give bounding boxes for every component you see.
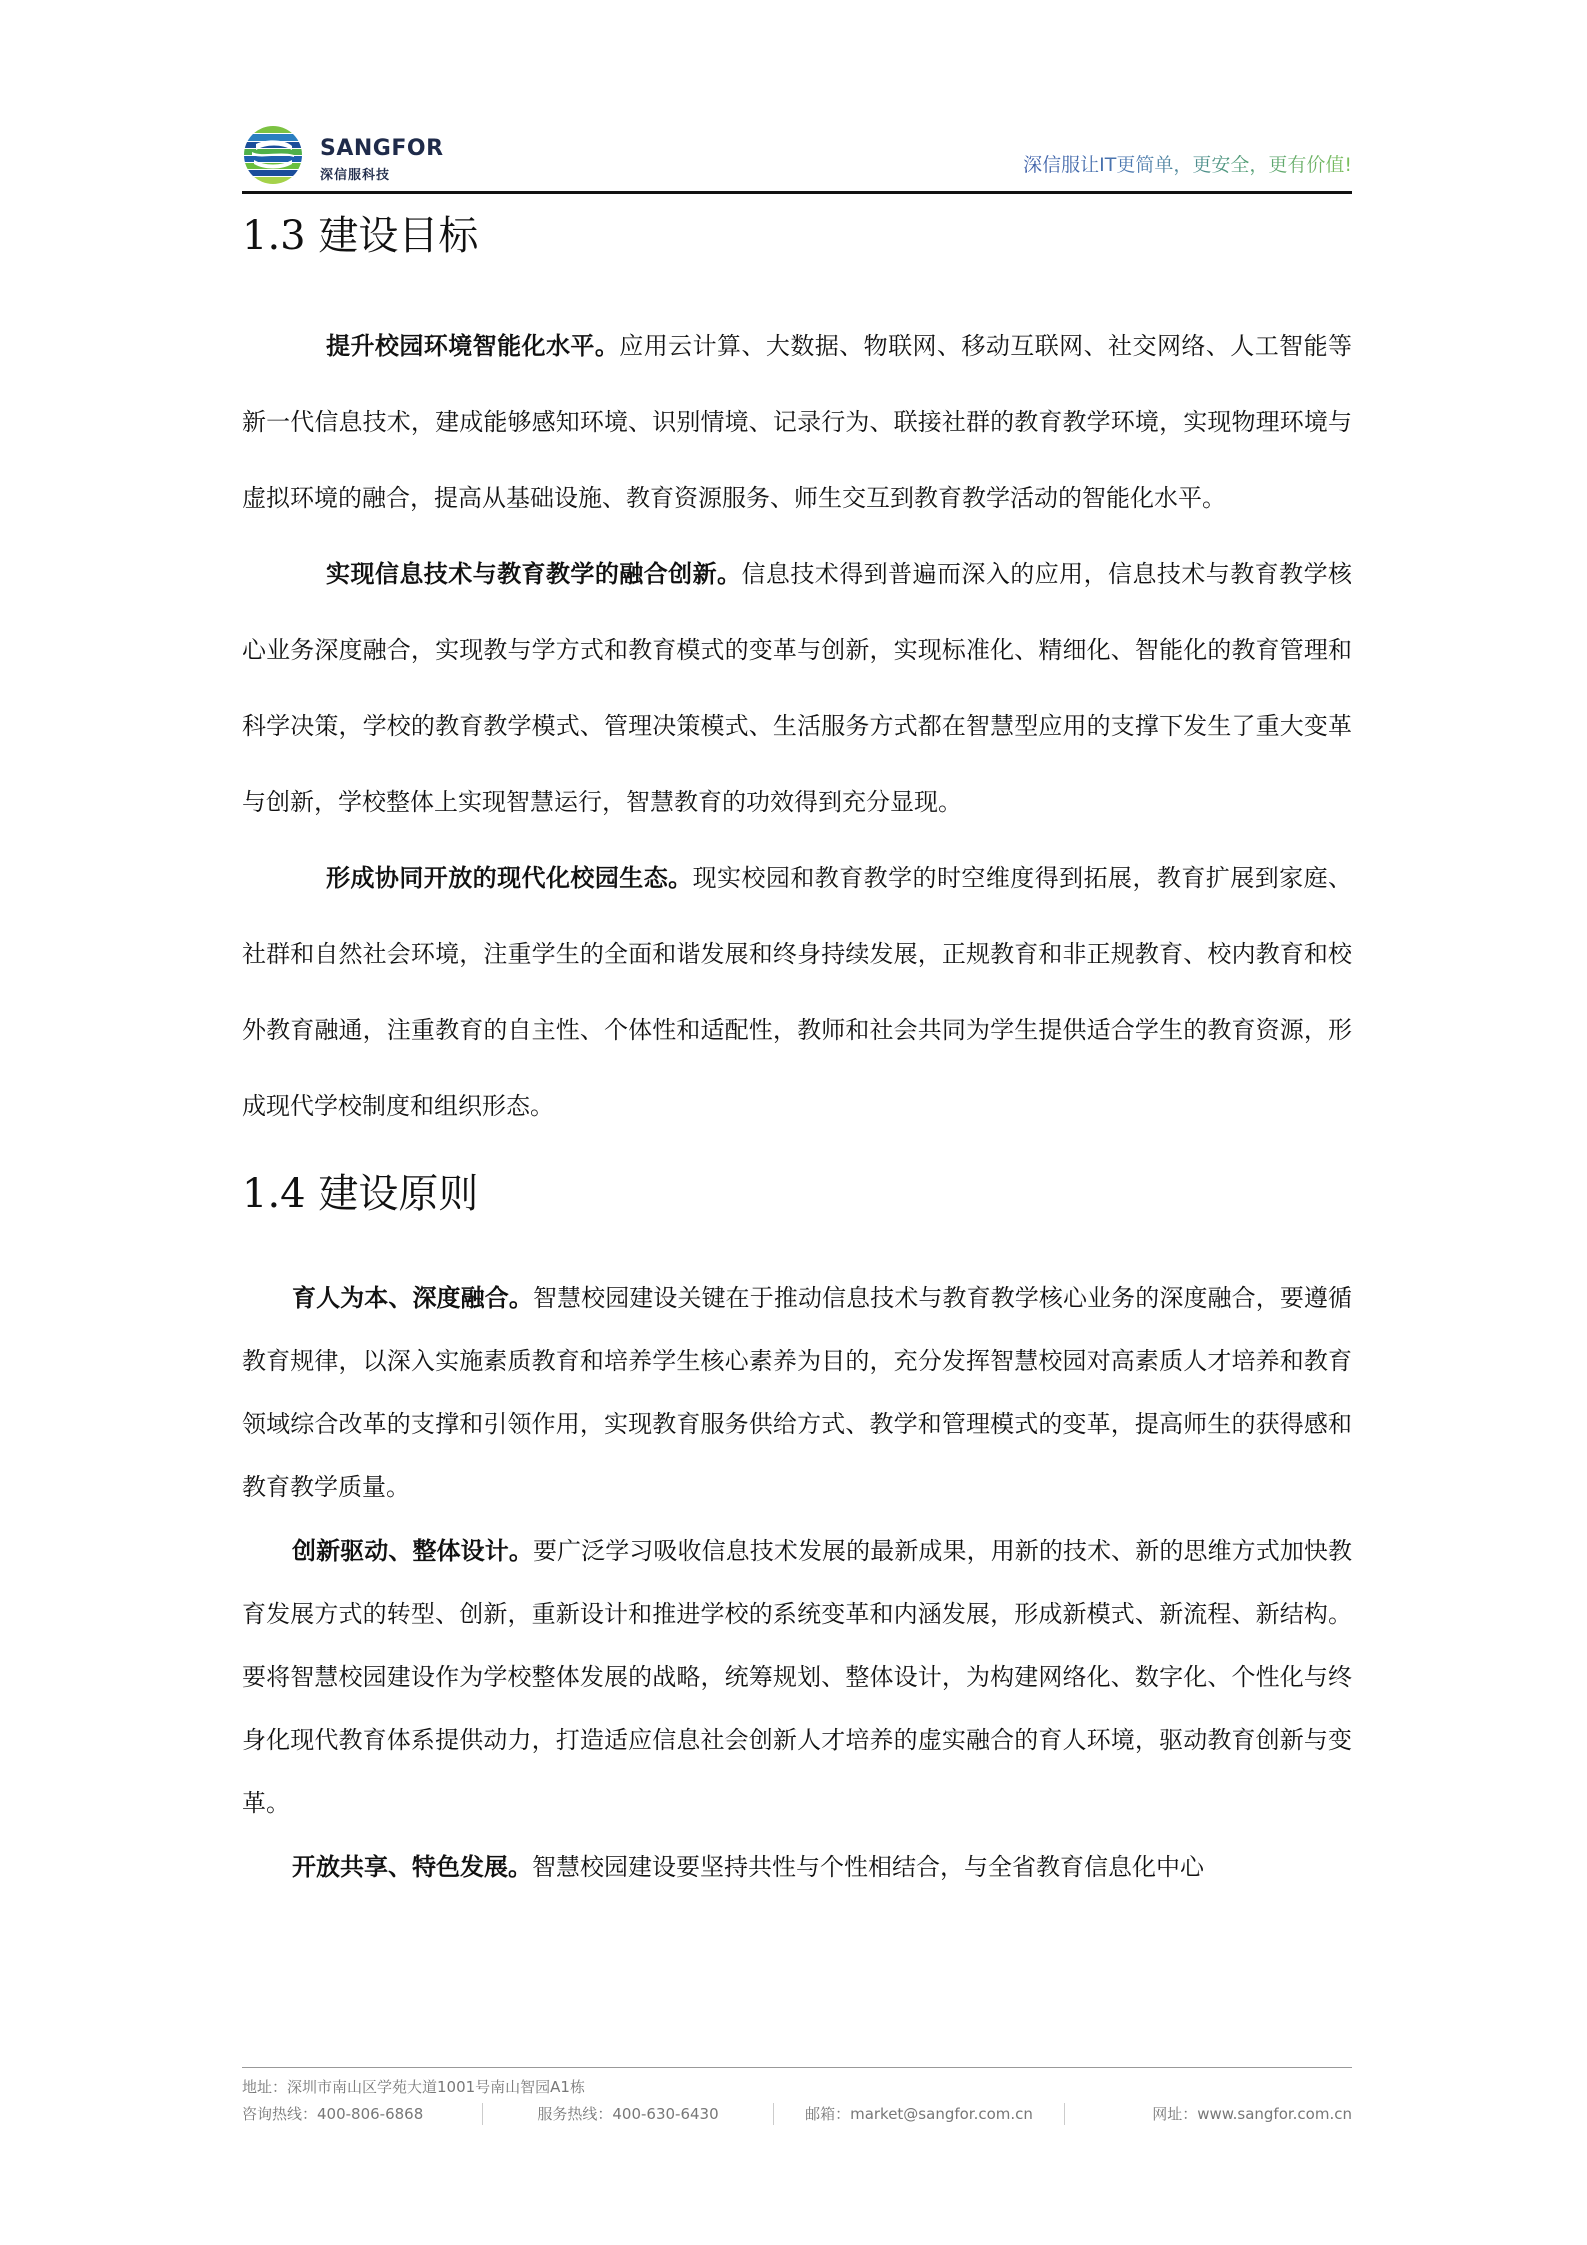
paragraph: 创新驱动、整体设计。要广泛学习吸收信息技术发展的最新成果，用新的技术、新的思维方… <box>242 1519 1352 1835</box>
footer-address: 地址：深圳市南山区学苑大道1001号南山智园A1栋 <box>242 2074 1352 2100</box>
paragraph-body: 信息技术得到普遍而深入的应用，信息技术与教育教学核心业务深度融合，实现教与学方式… <box>242 560 1352 816</box>
paragraph-body: 现实校园和教育教学的时空维度得到拓展，教育扩展到家庭、社群和自然社会环境，注重学… <box>242 864 1352 1120</box>
paragraph: 开放共享、特色发展。智慧校园建设要坚持共性与个性相结合，与全省教育信息化中心 <box>242 1835 1352 1899</box>
footer-email: 邮箱：market@sangfor.com.cn <box>774 2100 1064 2128</box>
paragraph-lead: 创新驱动、整体设计。 <box>292 1536 533 1565</box>
paragraph-lead: 开放共享、特色发展。 <box>292 1852 532 1881</box>
sangfor-globe-logo-icon <box>242 124 304 186</box>
paragraph: 实现信息技术与教育教学的融合创新。信息技术得到普遍而深入的应用，信息技术与教育教… <box>242 536 1352 840</box>
logo-text-en: SANGFOR <box>320 136 444 161</box>
page-header: SANGFOR 深信服科技 深信服让IT更简单，更安全，更有价值! <box>242 122 1352 190</box>
page-footer: 地址：深圳市南山区学苑大道1001号南山智园A1栋 咨询热线：400-806-6… <box>242 2074 1352 2128</box>
paragraph-lead: 提升校园环境智能化水平。 <box>326 331 619 360</box>
paragraph: 形成协同开放的现代化校园生态。现实校园和教育教学的时空维度得到拓展，教育扩展到家… <box>242 840 1352 1144</box>
section-title-1-3: 1.3 建设目标 <box>242 206 1352 266</box>
paragraph-lead: 形成协同开放的现代化校园生态。 <box>326 863 693 892</box>
footer-divider <box>242 2067 1352 2068</box>
paragraph-lead: 实现信息技术与教育教学的融合创新。 <box>326 559 741 588</box>
paragraph-lead: 育人为本、深度融合。 <box>292 1283 533 1312</box>
header-divider <box>242 191 1352 194</box>
logo-text-cn: 深信服科技 <box>320 164 390 183</box>
paragraph-body: 智慧校园建设要坚持共性与个性相结合，与全省教育信息化中心 <box>532 1853 1204 1881</box>
footer-contact-row: 咨询热线：400-806-6868 服务热线：400-630-6430 邮箱：m… <box>242 2100 1352 2128</box>
paragraph-body: 智慧校园建设关键在于推动信息技术与教育教学核心业务的深度融合，要遵循教育规律，以… <box>242 1284 1352 1501</box>
paragraph: 育人为本、深度融合。智慧校园建设关键在于推动信息技术与教育教学核心业务的深度融合… <box>242 1266 1352 1519</box>
document-body: 1.3 建设目标 提升校园环境智能化水平。应用云计算、大数据、物联网、移动互联网… <box>242 200 1352 1899</box>
footer-service-hotline: 服务热线：400-630-6430 <box>483 2100 773 2128</box>
paragraph-body: 要广泛学习吸收信息技术发展的最新成果，用新的技术、新的思维方式加快教育发展方式的… <box>242 1537 1352 1817</box>
section-title-1-4: 1.4 建设原则 <box>242 1164 1352 1224</box>
footer-website: 网址：www.sangfor.com.cn <box>1065 2100 1352 2128</box>
footer-consult-hotline: 咨询热线：400-806-6868 <box>242 2100 482 2128</box>
paragraph: 提升校园环境智能化水平。应用云计算、大数据、物联网、移动互联网、社交网络、人工智… <box>242 308 1352 536</box>
header-slogan: 深信服让IT更简单，更安全，更有价值! <box>1023 150 1352 177</box>
